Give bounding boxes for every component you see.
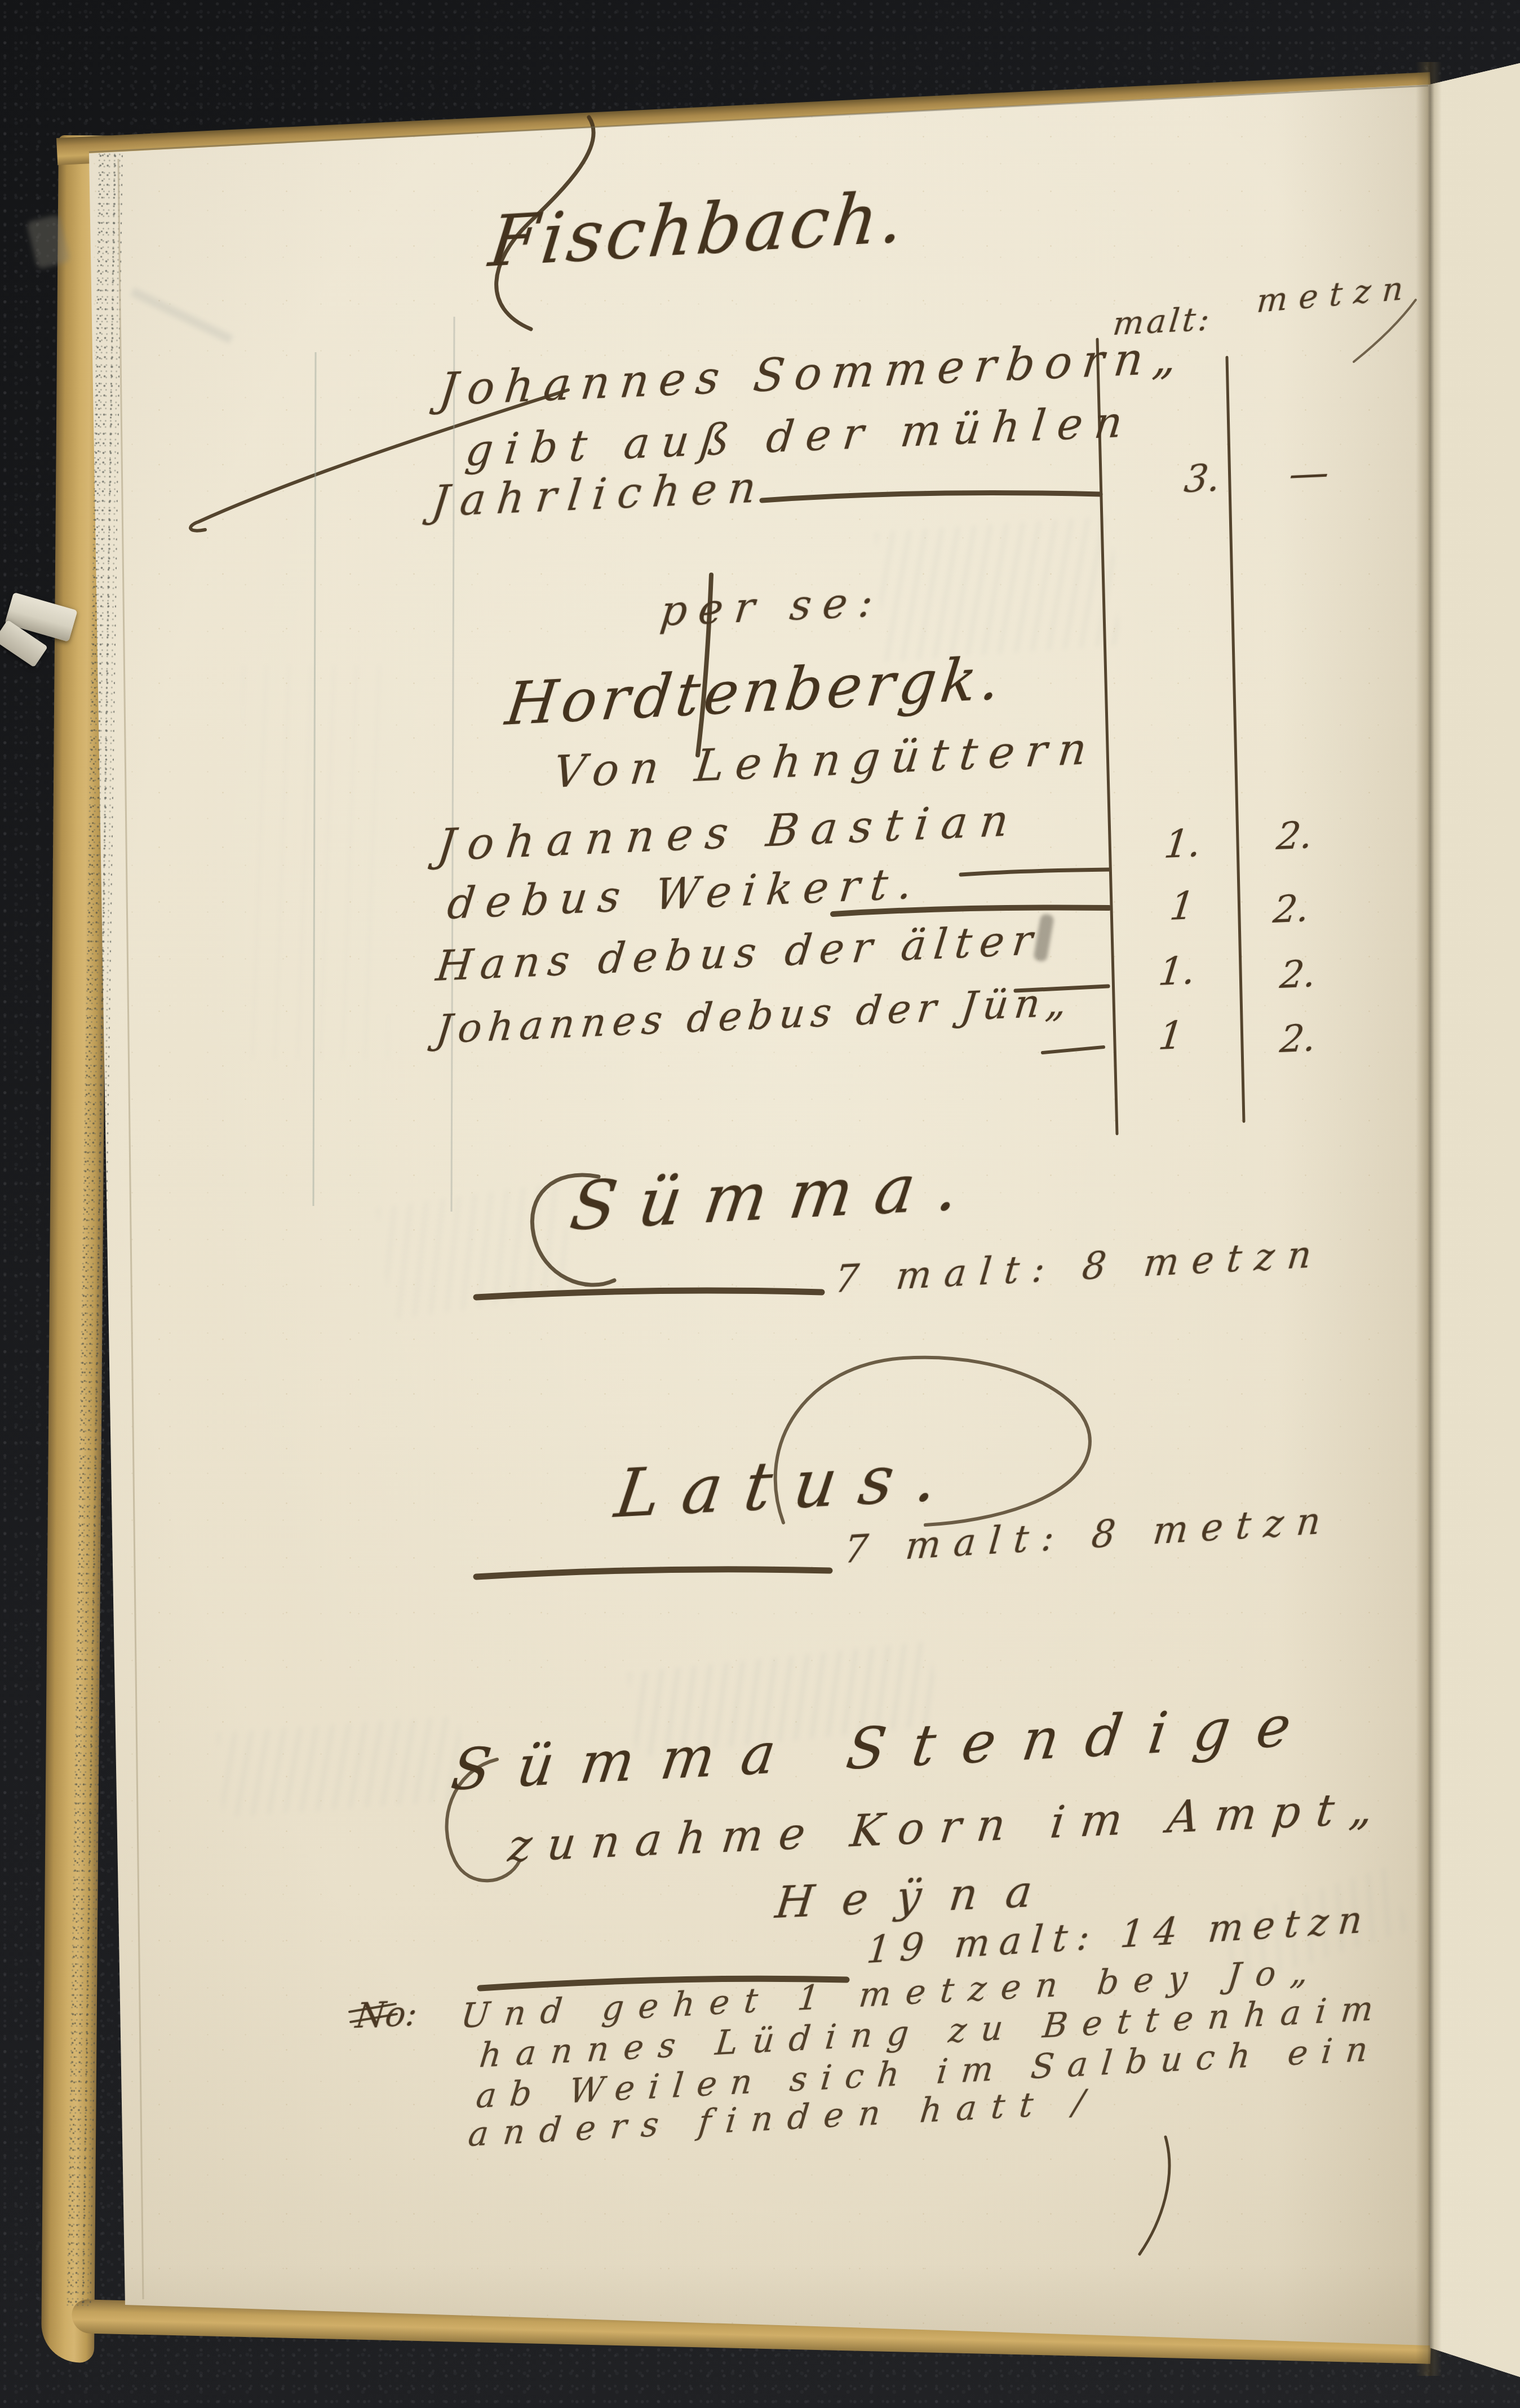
column-rule-metzen (1227, 357, 1244, 1121)
entry-mill-malt-value: 3. (1182, 459, 1222, 498)
nota-prefix: No: (354, 1997, 419, 2033)
summa-label: Sümma. (566, 1151, 986, 1240)
table-row-malt: 1. (1156, 952, 1198, 992)
page-crease-line (118, 159, 143, 2299)
entry-mill-metzen-value: — (1287, 453, 1331, 494)
leader-line-row1 (961, 870, 1109, 875)
table-row-metzen: 2. (1275, 817, 1314, 855)
table-row-malt: 1 (1168, 887, 1196, 926)
summa-stendige-line3: Heÿna (773, 1869, 1062, 1925)
table-row-metzen: 2. (1278, 955, 1318, 994)
faint-rule-line (451, 317, 454, 1212)
page-top-edge-line (89, 86, 1428, 152)
table-row-malt: 1. (1162, 824, 1203, 864)
leader-line-row4 (1043, 1047, 1104, 1053)
latus-label: Latus. (611, 1442, 964, 1527)
per-se-note: per se: (658, 580, 887, 632)
closing-descender (1140, 2137, 1169, 2254)
table-row-metzen: 2. (1278, 1019, 1318, 1058)
column-rule-malt (1097, 339, 1117, 1134)
table-row-malt: 1 (1156, 1017, 1185, 1056)
latus-underline (476, 1569, 830, 1577)
faint-rule-line (313, 352, 316, 1206)
leader-line-mill-entry (762, 493, 1100, 500)
summa-underline (476, 1291, 822, 1297)
table-row-metzen: 2. (1271, 890, 1311, 929)
book-scan: Fischbach. malt: metzn Johannes Sommerbo… (0, 0, 1520, 2408)
